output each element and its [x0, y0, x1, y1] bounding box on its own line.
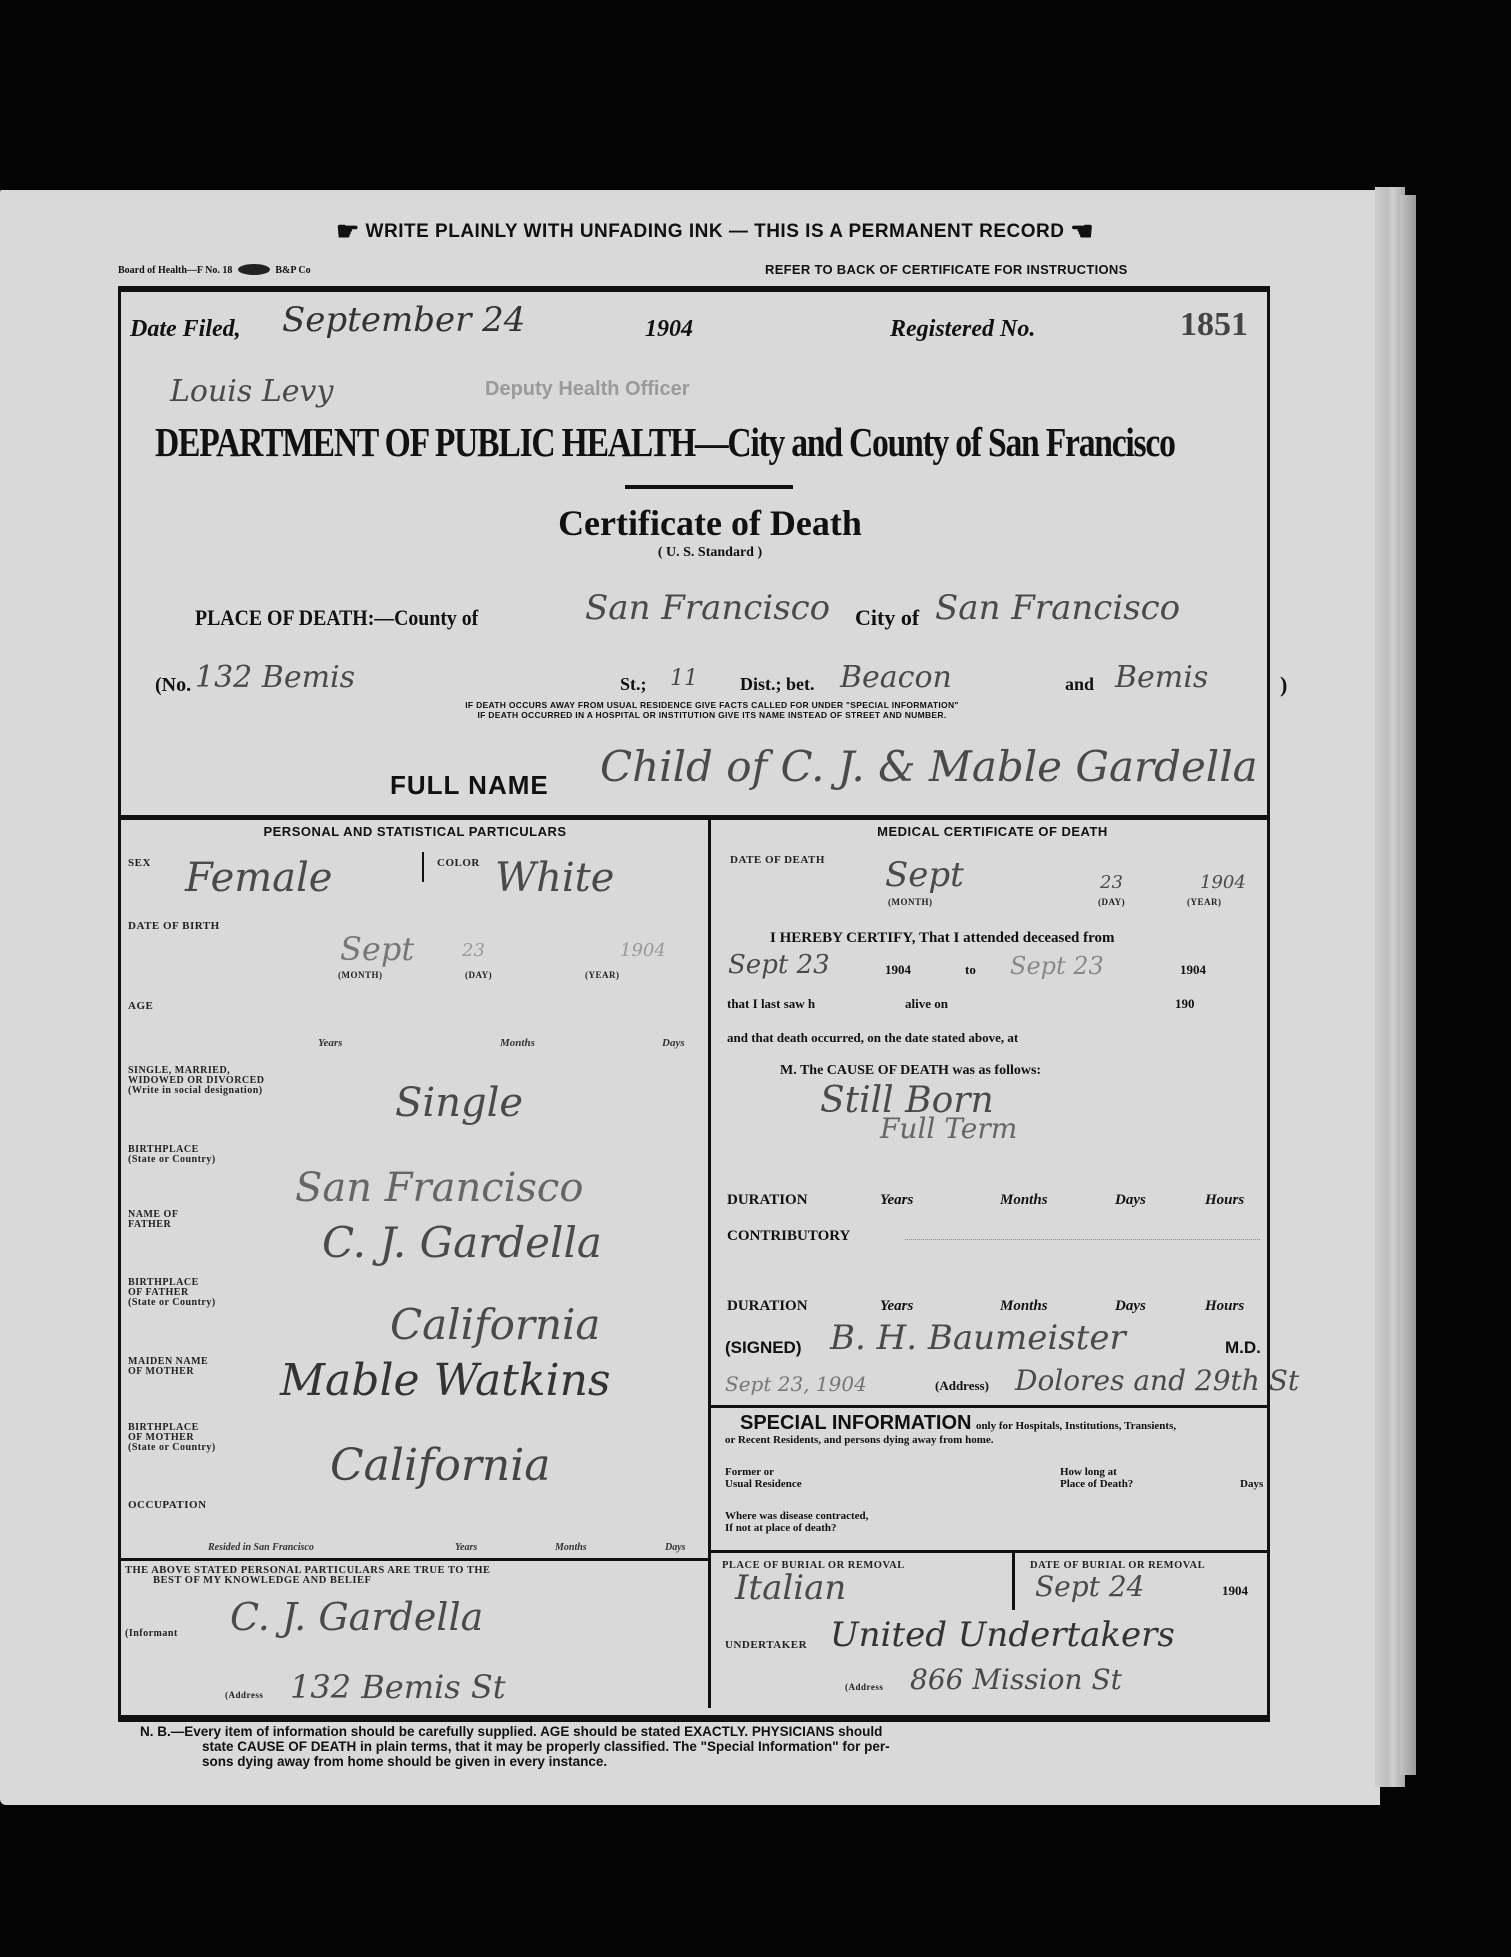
close-paren: ) — [1280, 672, 1287, 698]
date-of-death-label: DATE OF DEATH — [730, 855, 825, 866]
banner: ☛ WRITE PLAINLY WITH UNFADING INK — THIS… — [170, 216, 1260, 247]
date-filed-label: Date Filed, — [130, 316, 241, 343]
undertaker-value: United Undertakers — [830, 1615, 1175, 1655]
death-month: Sept — [885, 855, 964, 895]
color-value: White — [495, 855, 614, 901]
place-of-death-label: PLACE OF DEATH:—County of — [195, 605, 478, 631]
street-label: St.; — [620, 674, 647, 695]
informant-label: (Informant — [125, 1628, 178, 1639]
dob-month: Sept — [340, 930, 414, 968]
seal-icon — [238, 264, 270, 275]
disease-contracted-label: Where was disease contracted,If not at p… — [725, 1510, 868, 1534]
special-heading: SPECIAL INFORMATION only for Hospitals, … — [740, 1412, 1176, 1435]
full-name-label: FULL NAME — [390, 770, 549, 801]
contributory-line — [905, 1238, 1260, 1240]
date-filed-value: September 24 — [282, 300, 525, 340]
pointing-hand-icon: ☛ — [336, 216, 360, 246]
burial-divider — [710, 1550, 1270, 1553]
informant-name: C. J. Gardella — [230, 1595, 483, 1639]
footer-note: N. B.—Every item of information should b… — [140, 1724, 1260, 1769]
duration-days: Days — [1115, 1192, 1146, 1209]
resided-months: Months — [555, 1542, 587, 1553]
informant-statement: THE ABOVE STATED PERSONAL PARTICULARS AR… — [125, 1566, 491, 1586]
and-label: and — [1065, 674, 1094, 695]
standard-subtitle: ( U. S. Standard ) — [400, 545, 1020, 561]
mother-birthplace-value: California — [330, 1440, 551, 1491]
place-instructions: IF DEATH OCCURS AWAY FROM USUAL RESIDENC… — [262, 700, 1162, 720]
form-id: Board of Health—F No. 18 B&P Co — [118, 264, 311, 276]
undertaker-address-label: (Address — [845, 1682, 883, 1693]
signed-date: Sept 23, 1904 — [725, 1372, 867, 1396]
duration-years-2: Years — [880, 1298, 913, 1315]
duration-months: Months — [1000, 1192, 1048, 1209]
attended-from: Sept 23 — [728, 950, 830, 980]
personal-heading: PERSONAL AND STATISTICAL PARTICULARS — [130, 824, 700, 839]
county-value: San Francisco — [585, 588, 830, 628]
medical-heading: MEDICAL CERTIFICATE OF DEATH — [715, 824, 1270, 839]
burial-place-value: Italian — [735, 1568, 846, 1608]
special-divider — [710, 1405, 1270, 1408]
duration-days-2: Days — [1115, 1298, 1146, 1315]
marital-value: Single — [395, 1080, 523, 1126]
death-day-caption: (Day) — [1098, 897, 1125, 908]
full-name-value: Child of C. J. & Mable Gardella — [600, 742, 1258, 791]
dob-label: DATE OF BIRTH — [128, 921, 220, 932]
date-filed-year: 1904 — [645, 316, 693, 343]
age-years: Years — [318, 1037, 342, 1049]
birthplace-value: San Francisco — [295, 1165, 583, 1211]
certificate-title: Certificate of Death — [400, 502, 1020, 544]
dob-year: 1904 — [620, 940, 666, 961]
burial-year: 1904 — [1222, 1583, 1248, 1599]
section-divider — [118, 815, 1270, 820]
page-edge — [1400, 195, 1416, 1775]
sex-label: SEX — [128, 858, 151, 869]
alive-on-text: alive on — [905, 996, 948, 1012]
resided-label: Resided in San Francisco — [208, 1542, 314, 1553]
duration-label: DURATION — [727, 1192, 808, 1209]
year-caption: (Year) — [585, 970, 620, 981]
sex-value: Female — [185, 855, 332, 901]
occupation-label: OCCUPATION — [128, 1500, 207, 1511]
officer-signature: Louis Levy — [170, 374, 333, 409]
former-residence-label: Former orUsual Residence — [725, 1466, 802, 1490]
department-title: DEPARTMENT OF PUBLIC HEALTH—City and Cou… — [155, 418, 1073, 466]
street-no-label: (No. — [155, 674, 191, 697]
special-note: or Recent Residents, and persons dying a… — [725, 1434, 994, 1446]
refer-instructions: REFER TO BACK OF CERTIFICATE FOR INSTRUC… — [765, 262, 1128, 277]
duration-hours-2: Hours — [1205, 1298, 1244, 1315]
father-name-value: C. J. Gardella — [322, 1218, 602, 1267]
cause-label: M. The CAUSE OF DEATH was as follows: — [780, 1063, 1041, 1079]
duration-years: Years — [880, 1192, 913, 1209]
death-occurred-text: and that death occurred, on the date sta… — [727, 1030, 1018, 1046]
age-days: Days — [662, 1037, 685, 1049]
contributory-label: CONTRIBUTORY — [727, 1228, 850, 1245]
alive-year: 190 — [1175, 996, 1195, 1012]
father-birthplace-value: California — [390, 1300, 600, 1349]
to-year: 1904 — [1180, 962, 1206, 978]
to-label: to — [965, 962, 976, 978]
column-divider — [708, 818, 711, 1708]
month-caption: (Month) — [338, 970, 383, 981]
between-street-2: Bemis — [1115, 660, 1208, 695]
how-long-label: How long atPlace of Death? — [1060, 1466, 1133, 1490]
father-name-label: NAME OFFATHER — [128, 1210, 178, 1230]
color-label: COLOR — [437, 858, 480, 869]
resided-days: Days — [665, 1542, 686, 1553]
sex-color-divider — [422, 852, 424, 882]
physician-address-label: (Address) — [935, 1378, 989, 1394]
informant-address: 132 Bemis St — [290, 1668, 506, 1706]
district-between-label: Dist.; bet. — [740, 674, 815, 695]
street-value: 132 Bemis — [195, 660, 355, 695]
physician-address: Dolores and 29th St — [1015, 1364, 1299, 1397]
registered-label: Registered No. — [890, 316, 1035, 343]
resided-years: Years — [455, 1542, 477, 1553]
death-year: 1904 — [1200, 872, 1246, 893]
undertaker-label: UNDERTAKER — [725, 1640, 807, 1651]
mother-name-value: Mable Watkins — [280, 1355, 611, 1406]
between-street-1: Beacon — [840, 660, 952, 695]
age-label: AGE — [128, 1001, 153, 1012]
death-day: 23 — [1100, 872, 1123, 893]
how-long-days: Days — [1240, 1478, 1263, 1490]
pointing-hand-icon: ☚ — [1070, 216, 1094, 246]
mother-name-label: MAIDEN NAMEOF MOTHER — [128, 1357, 208, 1377]
attended-to: Sept 23 — [1010, 952, 1104, 980]
marital-label: SINGLE, MARRIED,WIDOWED OR DIVORCED(Writ… — [128, 1066, 265, 1096]
duration-label-2: DURATION — [727, 1298, 808, 1315]
death-year-caption: (Year) — [1187, 897, 1222, 908]
informant-divider — [120, 1558, 710, 1561]
undertaker-address: 866 Mission St — [910, 1663, 1122, 1696]
last-saw-text: that I last saw h — [727, 996, 815, 1012]
duration-months-2: Months — [1000, 1298, 1048, 1315]
from-year: 1904 — [885, 962, 911, 978]
physician-signature: B. H. Baumeister — [830, 1318, 1126, 1358]
dob-day: 23 — [462, 940, 485, 961]
day-caption: (Day) — [465, 970, 492, 981]
title-divider — [625, 485, 793, 489]
death-month-caption: (Month) — [888, 897, 933, 908]
city-value: San Francisco — [935, 588, 1180, 628]
certify-text: I HEREBY CERTIFY, That I attended deceas… — [770, 930, 1115, 947]
registered-number: 1851 — [1180, 306, 1248, 344]
signed-label: (SIGNED) — [725, 1338, 802, 1358]
burial-date-value: Sept 24 — [1035, 1570, 1144, 1603]
duration-hours: Hours — [1205, 1192, 1244, 1209]
mother-birthplace-label: BIRTHPLACEOF MOTHER(State or Country) — [128, 1423, 216, 1453]
ward-value: 11 — [670, 666, 698, 691]
officer-title: Deputy Health Officer — [485, 378, 689, 401]
birthplace-label: BIRTHPLACE(State or Country) — [128, 1145, 216, 1165]
md-label: M.D. — [1225, 1338, 1261, 1358]
city-label: City of — [855, 605, 919, 631]
informant-address-label: (Address — [225, 1690, 263, 1701]
father-birthplace-label: BIRTHPLACEOF FATHER(State or Country) — [128, 1278, 216, 1308]
age-months: Months — [500, 1037, 535, 1049]
cause-secondary: Full Term — [880, 1112, 1017, 1145]
burial-column-divider — [1012, 1550, 1015, 1610]
